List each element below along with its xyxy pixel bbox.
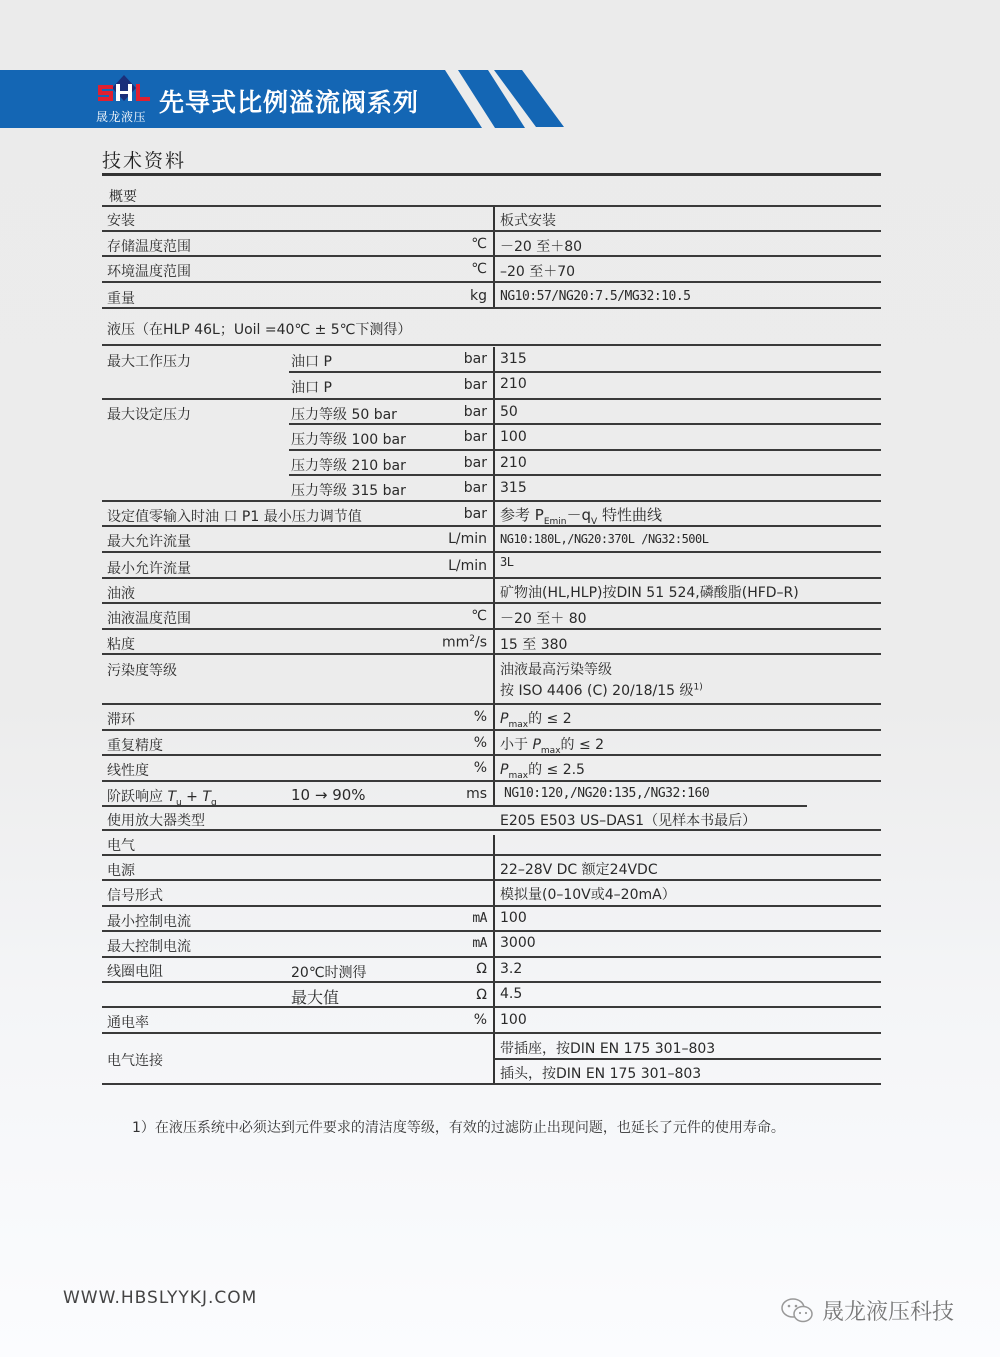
- table-row: 最大控制电流 mA 3000: [102, 932, 881, 958]
- row-value: 小于 Pmax的 ≤ 2: [500, 734, 604, 756]
- row-value: 100: [500, 910, 527, 926]
- website-link[interactable]: WWW.HBSLYYKJ.COM: [63, 1288, 257, 1308]
- row-unit: ms: [466, 786, 487, 802]
- row-label: 最小允许流量: [107, 558, 191, 578]
- table-row: 重复精度 % 小于 Pmax的 ≤ 2: [102, 731, 881, 756]
- table-row: 压力等级 210 bar bar 210: [102, 451, 881, 476]
- table-row: 线圈电阻 20℃时测得 Ω 3.2: [102, 958, 881, 983]
- row-label: 存储温度范围: [107, 236, 191, 256]
- section-heading-hydraulic: 液压（在HLP 46L；Uoil =40℃ ± 5℃下测得）: [102, 309, 881, 347]
- row-unit: bar: [464, 429, 487, 445]
- row-value: 模拟量(0–10V或4–20mA）: [500, 884, 676, 904]
- row-unit: ℃: [471, 608, 487, 624]
- row-unit: Ω: [476, 961, 487, 977]
- row-label: 滞环: [107, 709, 135, 729]
- general-heading: 概要: [109, 186, 137, 206]
- row-label: 设定值零输入时油 口 P1 最小压力调节值: [107, 506, 362, 526]
- row-sublabel: 油口 P: [291, 351, 332, 371]
- row-value: 3.2: [500, 961, 522, 977]
- table-row: 压力等级 315 bar bar 315: [102, 476, 881, 502]
- row-value: －20 至＋80: [500, 236, 582, 256]
- row-unit: bar: [464, 377, 487, 393]
- electrical-heading: 电气: [107, 835, 135, 855]
- section-title: 技术资料: [102, 146, 186, 173]
- row-label: 重复精度: [107, 735, 163, 755]
- table-row: 线性度 % Pmax的 ≤ 2.5: [102, 756, 881, 782]
- row-value: 4.5: [500, 986, 522, 1002]
- row-unit: %: [474, 760, 487, 776]
- row-value: 22–28V DC 额定24VDC: [500, 859, 658, 879]
- row-value: 板式安装: [500, 210, 556, 230]
- row-label: 信号形式: [107, 885, 163, 905]
- table-row: 使用放大器类型 E205 E503 US–DAS1（见样本书最后）: [102, 807, 881, 831]
- row-unit: bar: [464, 506, 487, 522]
- row-value: E205 E503 US–DAS1（见样本书最后）: [500, 810, 756, 830]
- row-unit: bar: [464, 351, 487, 367]
- row-label: 电源: [107, 860, 135, 880]
- table-row: 重量 kg NG10:57/NG20:7.5/MG32:10.5: [102, 283, 881, 309]
- table-row: 安装 板式安装: [102, 207, 881, 232]
- table-row: 电气连接 带插座，按DIN EN 175 301–803 插头，按DIN EN …: [102, 1034, 881, 1085]
- row-label: 粘度: [107, 634, 135, 654]
- row-value: 315: [500, 480, 527, 496]
- row-sublabel: 20℃时测得: [291, 962, 367, 982]
- row-sublabel: 压力等级 210 bar: [291, 455, 406, 475]
- row-unit: L/min: [448, 558, 487, 574]
- row-value: 315: [500, 351, 527, 367]
- row-label: 最大控制电流: [107, 936, 191, 956]
- row-unit: ℃: [471, 261, 487, 277]
- table-row: 压力等级 100 bar bar 100: [102, 425, 881, 451]
- row-label: 最大允许流量: [107, 531, 191, 551]
- row-label: 污染度等级: [107, 660, 177, 680]
- brand-logo: 晟龙液压: [96, 75, 152, 123]
- table-row: 滞环 % Pmax的 ≤ 2: [102, 705, 881, 731]
- row-value: 50: [500, 404, 518, 420]
- table-row: 污染度等级 油液最高污染等级 按 ISO 4406 (C) 20/18/15 级…: [102, 655, 881, 705]
- row-unit: bar: [464, 455, 487, 471]
- row-label: 环境温度范围: [107, 261, 191, 281]
- row-value: NG10:57/NG20:7.5/MG32:10.5: [500, 289, 691, 304]
- row-label: 最小控制电流: [107, 911, 191, 931]
- table-row: 最大设定压力 压力等级 50 bar bar 50: [102, 400, 881, 425]
- row-unit: %: [474, 1012, 487, 1028]
- table-row: 存储温度范围 ℃ －20 至＋80: [102, 232, 881, 257]
- row-label: 最大设定压力: [107, 404, 191, 424]
- row-unit: ℃: [471, 236, 487, 252]
- row-value: 参考 PEmin－qV 特性曲线: [500, 504, 662, 527]
- row-label: 电气连接: [107, 1050, 163, 1070]
- row-value: 100: [500, 429, 527, 445]
- row-unit: kg: [470, 288, 487, 304]
- series-title: 先导式比例溢流阀系列: [159, 83, 419, 119]
- row-unit: %: [474, 735, 487, 751]
- table-row: 信号形式 模拟量(0–10V或4–20mA）: [102, 881, 881, 907]
- table-row: 阶跃响应 Tu + Tg 10 → 90% ms NG10:120,/NG20:…: [102, 782, 881, 807]
- table-row: 粘度 mm2/s 15 至 380: [102, 630, 881, 655]
- row-value: 100: [500, 1012, 527, 1028]
- table-row: 油口 P bar 210: [102, 373, 881, 400]
- spec-table: 概要 安装 板式安装 存储温度范围 ℃ －20 至＋80 环境温度范围 ℃ –2…: [102, 178, 881, 1085]
- row-label: 油液温度范围: [107, 608, 191, 628]
- row-value: 210: [500, 376, 527, 392]
- shl-logo-icon: [96, 75, 152, 107]
- row-value: –20 至＋70: [500, 261, 575, 281]
- table-row: 最大工作压力 油口 P bar 315: [102, 347, 881, 373]
- row-label: 线性度: [107, 760, 149, 780]
- row-value: 插头，按DIN EN 175 301–803: [500, 1063, 701, 1083]
- footnote: 1）在液压系统中必须达到元件要求的清洁度等级，有效的过滤防止出现问题，也延长了元…: [132, 1117, 785, 1137]
- row-sublabel: 压力等级 100 bar: [291, 429, 406, 449]
- table-row: 最小控制电流 mA 100: [102, 907, 881, 932]
- table-row: 通电率 % 100: [102, 1008, 881, 1034]
- row-sublabel: 10 → 90%: [291, 786, 366, 804]
- row-label: 安装: [107, 210, 135, 230]
- row-value-line2: 按 ISO 4406 (C) 20/18/15 级1): [500, 680, 703, 700]
- section-heading-electrical: 电气: [102, 831, 881, 856]
- table-row: 设定值零输入时油 口 P1 最小压力调节值 bar 参考 PEmin－qV 特性…: [102, 502, 881, 527]
- table-row: 电源 22–28V DC 额定24VDC: [102, 856, 881, 881]
- row-label: 重量: [107, 288, 135, 308]
- row-value: NG10:120,/NG20:135,/NG32:160: [504, 786, 709, 801]
- row-unit: L/min: [448, 531, 487, 547]
- row-unit: bar: [464, 480, 487, 496]
- row-label: 最大工作压力: [107, 351, 191, 371]
- row-unit: mA: [472, 936, 487, 951]
- row-unit: %: [474, 709, 487, 725]
- row-label: 油液: [107, 583, 135, 603]
- table-row: 油液温度范围 ℃ －20 至＋ 80: [102, 604, 881, 630]
- footnote-ref: 1): [694, 682, 703, 692]
- row-unit: bar: [464, 404, 487, 420]
- title-rule: [102, 173, 881, 176]
- row-value: 210: [500, 455, 527, 471]
- row-value: 矿物油(HL,HLP)按DIN 51 524,磷酸脂(HFD–R): [500, 582, 799, 602]
- row-value: －20 至＋ 80: [500, 608, 587, 628]
- wechat-badge: 晟龙液压科技: [780, 1295, 954, 1326]
- row-unit: Ω: [476, 987, 487, 1003]
- table-row: 最大允许流量 L/min NG10:180L,/NG20:370L /NG32:…: [102, 527, 881, 553]
- row-value-line1: 油液最高污染等级: [500, 659, 612, 679]
- row-value: Pmax的 ≤ 2.5: [500, 759, 585, 781]
- row-sublabel: 压力等级 50 bar: [291, 404, 397, 424]
- row-label: 通电率: [107, 1012, 149, 1032]
- table-row: 环境温度范围 ℃ –20 至＋70: [102, 257, 881, 283]
- row-value: 15 至 380: [500, 634, 567, 654]
- row-sublabel: 油口 P: [291, 377, 332, 397]
- hydraulic-heading: 液压（在HLP 46L；Uoil =40℃ ± 5℃下测得）: [107, 319, 411, 339]
- section-heading-general: 概要: [102, 178, 881, 207]
- row-value: 3000: [500, 935, 536, 951]
- row-value: 带插座，按DIN EN 175 301–803: [500, 1038, 715, 1058]
- table-row: 油液 矿物油(HL,HLP)按DIN 51 524,磷酸脂(HFD–R): [102, 579, 881, 604]
- row-label: 线圈电阻: [107, 961, 163, 981]
- row-sublabel: 最大值: [291, 985, 339, 1008]
- row-value: Pmax的 ≤ 2: [500, 708, 572, 730]
- wechat-account-name: 晟龙液压科技: [822, 1295, 954, 1326]
- table-row: 最小允许流量 L/min 3L: [102, 553, 881, 579]
- brand-name: 晟龙液压: [96, 108, 146, 125]
- wechat-icon: [780, 1296, 816, 1326]
- row-sublabel: 压力等级 315 bar: [291, 480, 406, 500]
- row-label: 使用放大器类型: [107, 810, 205, 830]
- table-row: 最大值 Ω 4.5: [102, 983, 881, 1008]
- row-value: 3L: [500, 555, 513, 569]
- row-unit: mA: [472, 911, 487, 926]
- row-unit: mm2/s: [442, 634, 487, 651]
- row-value: NG10:180L,/NG20:370L /NG32:500L: [500, 532, 708, 546]
